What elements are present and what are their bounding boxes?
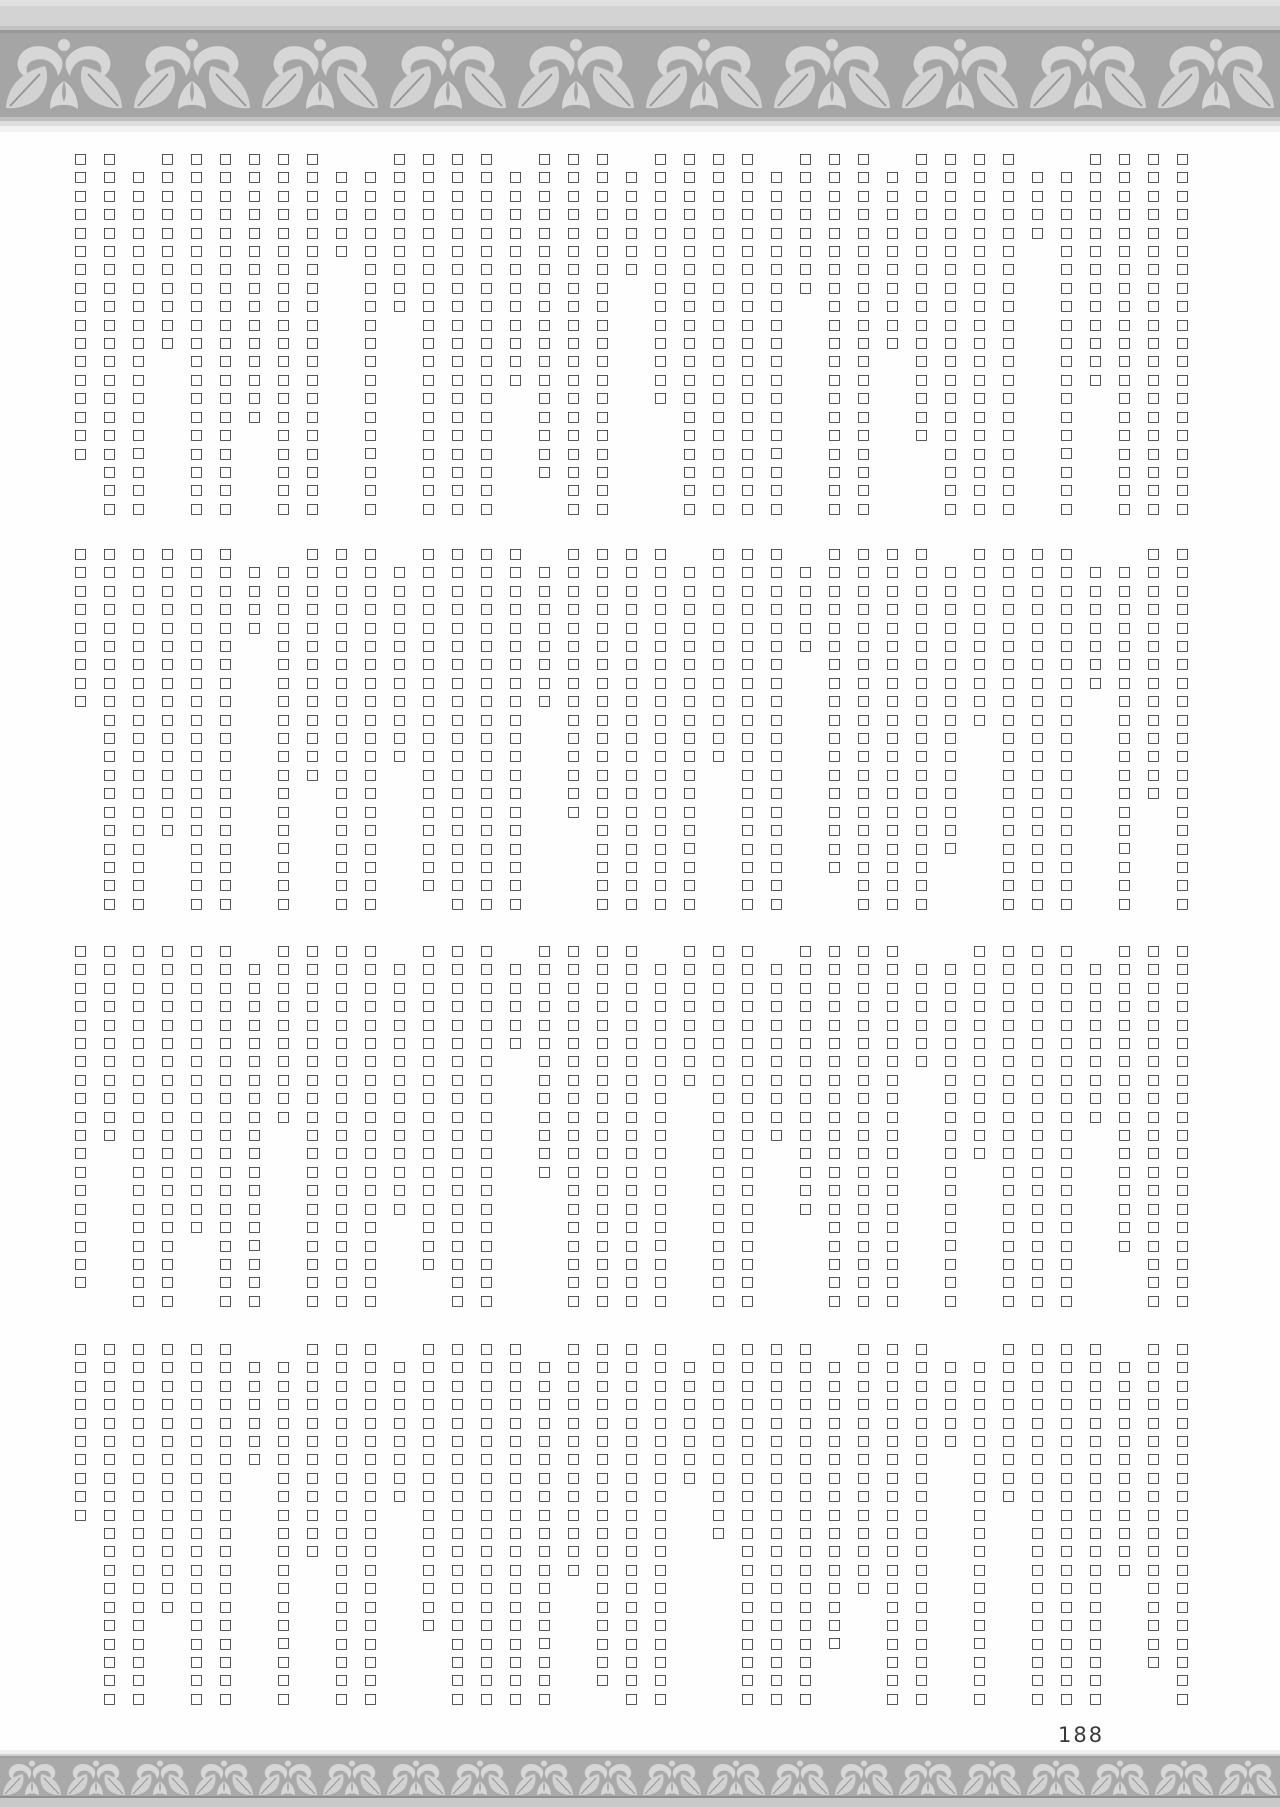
text-column-redacted: □□□□□□□□□□□□□□□□□□□□	[709, 150, 728, 518]
text-column-redacted: □□□□□□□□□□□□□□□□□□□	[245, 942, 264, 1310]
text-column-redacted: □□□□□□□□□□□□□□□□□□□	[274, 545, 293, 913]
text-column-redacted: □□□□□□□□□□□□□□□□□□	[419, 942, 438, 1310]
text-column-redacted: □□□□□□□□□□□□□□	[651, 150, 670, 518]
text-column-redacted: □□□□□□□□□□□□□□□□□□□	[970, 1340, 989, 1708]
text-column-redacted: □□□□□□□□□□□□□□□□□□□	[535, 1340, 554, 1708]
text-column-redacted: □□□□□□□□□□□□□□□□□□□□	[1173, 942, 1192, 1310]
text-column-redacted: □□□□□□□	[1086, 545, 1105, 913]
text-column-redacted: □□□□□□□□□□□□□□□□□□□□	[622, 942, 641, 1310]
text-band-1: □□□□□□□□□□□□□□□□□□□□□□□□□□□□□□□□□□□□□□□□…	[58, 150, 1192, 518]
text-column-redacted: □□□□□□□□□□□□□□□□□	[71, 150, 90, 518]
text-column-redacted: □□□□□□□□□□□	[158, 150, 177, 518]
text-column-redacted: □□□□□□□□□□□□□□□□□□□□	[622, 1340, 641, 1708]
text-column-redacted: □□□□□□□□□□□□□□□	[158, 1340, 177, 1708]
text-column-redacted: □□□□□□□□□□□□□□□□□□□	[651, 942, 670, 1310]
text-column-redacted: □□□□□□□□□□□□□□□□□	[1115, 942, 1134, 1310]
text-column-redacted: □□□□□□□□□□□□□□□□□□□	[419, 545, 438, 913]
text-column-redacted: □□□□□□□□□□□□□□□□□□□□	[129, 942, 148, 1310]
text-column-redacted: □□□□□□□□□□□□□□□□□□□□	[680, 150, 699, 518]
text-column-redacted: □□□□□□□□□□□□□□□□□□□	[767, 150, 786, 518]
text-column-redacted: □□□□□□□□□□	[71, 1340, 90, 1708]
text-column-redacted: □□□□□□□□□□□□□□□□□□□□	[999, 150, 1018, 518]
text-column-redacted: □□□□□□□□□□	[883, 150, 902, 518]
text-column-redacted: □□□□□□□□□	[390, 150, 409, 518]
text-column-redacted: □□□□□□□□□□□□□□□□□□□	[1115, 545, 1134, 913]
text-column-redacted: □□□□□□□□□□□□□□□	[564, 545, 583, 913]
text-column-redacted: □□□□□□□□□□□□□	[564, 1340, 583, 1708]
text-column-redacted: □□□□□□□□□□□	[100, 942, 119, 1310]
text-column-redacted: □□□□□□□□□□□□□□□□□□□□	[216, 150, 235, 518]
text-column-redacted: □□□□□□□□□□□□	[1115, 1340, 1134, 1708]
text-column-redacted: □□□□□□□□□□	[767, 942, 786, 1310]
text-column-redacted: □□□□□□□□□	[1086, 942, 1105, 1310]
text-column-redacted: □□□□□□□□□□□□□□□□□□□□	[100, 1340, 119, 1708]
text-column-redacted: □□□□□□□□□□□□□□□□	[912, 150, 931, 518]
text-column-redacted: □□□□□□□□□□□□□□□□□□□□	[448, 942, 467, 1310]
text-column-redacted: □□□□□□□□□□□□□□□□□□□□	[332, 1340, 351, 1708]
text-column-redacted: □□□□□□□□□□□□□□□□□□□□	[1173, 1340, 1192, 1708]
text-column-redacted: □□□□□□□□□□□□□□□□□□	[535, 150, 554, 518]
text-column-redacted: □□□□□□□□□□□□	[970, 942, 989, 1310]
text-column-redacted: □□□□□□□□□□□□□□□□□□□□	[1144, 150, 1163, 518]
text-column-redacted: □□□□□□	[245, 1340, 264, 1708]
text-column-redacted: □□□□□□□□□□□□□□	[390, 942, 409, 1310]
text-column-redacted: □□□□□□□□□□□□□□□□□□□□	[912, 1340, 931, 1708]
text-band-3: □□□□□□□□□□□□□□□□□□□□□□□□□□□□□□□□□□□□□□□□…	[58, 942, 1192, 1310]
text-column-redacted: □□□□□□□□□□□□□	[1086, 150, 1105, 518]
text-column-redacted: □□□□□□□□	[390, 1340, 409, 1708]
text-column-redacted: □□□□□□□□□□□□□□□□□□□□	[419, 150, 438, 518]
text-column-redacted: □□□□	[1028, 150, 1047, 518]
text-column-redacted: □□□□□□□□□□□□□□□□□□□	[941, 942, 960, 1310]
text-column-redacted: □□□□□□□□□□□□□□□□□□□□	[361, 545, 380, 913]
text-band-4: □□□□□□□□□□□□□□□□□□□□□□□□□□□□□□□□□□□□□□□□…	[58, 1340, 1192, 1708]
text-column-redacted: □□□□□□□□□□□□□□□□	[941, 545, 960, 913]
text-column-redacted: □□□□□□□□□□□□□	[303, 545, 322, 913]
text-column-redacted: □□□□□□□□□□□□□□□□□□□	[593, 1340, 612, 1708]
text-column-redacted: □□□□□□□□□□□□□□□□□□□□	[564, 942, 583, 1310]
text-column-redacted: □□□□□□□□□□□□□□□□□□□□	[825, 150, 844, 518]
text-column-redacted: □□□□□□□□□□□□	[709, 545, 728, 913]
text-column-redacted: □□□□□□□□□	[999, 1340, 1018, 1708]
text-column-redacted: □□□□□□□□□□□□□□□□□□□□	[1115, 150, 1134, 518]
text-column-redacted: □□□□□	[941, 1340, 960, 1708]
text-column-redacted: □□□□□□□□□□□□□□□□□□□□	[941, 150, 960, 518]
text-column-redacted: □□□□□□□□□□□□□□□□□□□□	[593, 545, 612, 913]
text-column-redacted: □□□□□□□□□□□□□□□□	[158, 545, 177, 913]
text-column-redacted: □□□□□□□□□□□□□□□□□□□□	[158, 942, 177, 1310]
text-column-redacted: □□□□□□□□□□□□□□□	[245, 150, 264, 518]
text-column-redacted: □□□□□□□□□□□□□□□□□□□□	[448, 150, 467, 518]
text-column-redacted: □□□□□□□□□□□□□□□□□□□□	[361, 942, 380, 1310]
bottom-ornament-border	[0, 1750, 1280, 1807]
text-column-redacted: □□□□□□□□□□	[274, 942, 293, 1310]
text-column-redacted: □□□□□□□□□□□□□□□□□□□□	[506, 545, 525, 913]
text-column-redacted: □□□□□□□□□□□□□□□□□□□□	[854, 150, 873, 518]
text-column-redacted: □□□□□□□□□□□□□□□□□□□□	[883, 942, 902, 1310]
text-column-redacted: □□□□□□□□□□□□□□□□□□□□	[1057, 942, 1076, 1310]
text-column-redacted: □□□□□□□□□□□□□□□□□□□□	[883, 545, 902, 913]
text-band-2: □□□□□□□□□□□□□□□□□□□□□□□□□□□□□□□□□□□□□□□□…	[58, 545, 1192, 913]
text-column-redacted: □□□□□□□□□□□	[709, 1340, 728, 1708]
text-column-redacted: □□□□□□□□□□□□	[506, 150, 525, 518]
text-column-redacted: □□□□□□□□□□□□□□□□□□□	[361, 150, 380, 518]
text-column-redacted: □□□□	[245, 545, 264, 913]
text-column-redacted: □□□□□□□□□□□□□□□□□□□□	[216, 1340, 235, 1708]
text-column-redacted: □□□□□□□□□□□□□□□□□□□□	[1028, 545, 1047, 913]
text-column-redacted: □□□□□□□□□□□□□□□□	[187, 942, 206, 1310]
top-ornament-border	[0, 0, 1280, 132]
text-column-redacted: □□□□□□□□□□□□□□□□□□□	[71, 942, 90, 1310]
text-column-redacted: □□□□□□□□□□□□□□□□□□□□	[506, 1340, 525, 1708]
text-column-redacted: □□□□□□□□□□□□□□□□□□□	[129, 150, 148, 518]
text-column-redacted: □□□□□□□□□□□□□□□□□□□□	[187, 545, 206, 913]
text-column-redacted: □□□□□□□□□□□□□□□□□□□□	[216, 942, 235, 1310]
text-column-redacted: □□□□□□□□□□□□□□□□□□□□	[593, 150, 612, 518]
text-column-redacted: □□□□□□□□□□□□□□□□□□	[1144, 1340, 1163, 1708]
text-column-redacted: □□□□□□□□□□□□□□□□□□□□	[1057, 545, 1076, 913]
text-column-redacted: □□□□□□□□□□□□□□□□□□□□	[738, 150, 757, 518]
text-column-redacted: □□□□□□□□□□□□□□□□□□□□	[854, 545, 873, 913]
text-column-redacted: □□□□□□□□□□	[970, 545, 989, 913]
text-column-redacted: □□□□□	[332, 150, 351, 518]
text-column-redacted: □□□□□□□□□□□□□□□□□□□□	[738, 1340, 757, 1708]
scanned-book-page: □□□□□□□□□□□□□□□□□□□□□□□□□□□□□□□□□□□□□□□□…	[0, 0, 1280, 1807]
text-column-redacted: □□□□□□□□□□□□□□□□□□□□	[477, 150, 496, 518]
text-column-redacted: □□□□□□□□□□□□□□□□□□□□	[883, 1340, 902, 1708]
text-column-redacted: □□□□□□□□□□□□□□□□□□□□	[448, 1340, 467, 1708]
text-column-redacted: □□□□□□□□□□□□□□□□□□□	[274, 1340, 293, 1708]
text-column-redacted: □□□□□□□□□□□□□□□□□□□□	[651, 1340, 670, 1708]
text-column-redacted: □□□□□□□□□□□□□□□□□□□□	[593, 942, 612, 1310]
text-column-redacted: □□□□□□□□□□□	[390, 545, 409, 913]
text-column-redacted: □□□□□□□□	[680, 942, 699, 1310]
text-column-redacted: □□□□□□□□□□□□□□□□□□□□	[303, 150, 322, 518]
text-column-redacted: □□□□□□□□□□□□□□□□□□□	[1057, 150, 1076, 518]
text-column-redacted: □□□□□□□□□□□□□□□□□□□□	[448, 545, 467, 913]
text-column-redacted: □□□□□□□□□□□□□□□□□□□□	[477, 942, 496, 1310]
text-column-redacted: □□□□□□□□□□□□□□□□□□□□	[477, 545, 496, 913]
text-column-redacted: □□□□□□□□□□□□□□□□□□□□	[100, 545, 119, 913]
text-column-redacted: □□□□□□□□□□□□□□□□□□□□	[709, 942, 728, 1310]
text-column-redacted: □□□□□□□□□□□□□□□□□□□□	[796, 1340, 815, 1708]
text-column-redacted: □□□□□□□□□□□□□□□	[796, 942, 815, 1310]
text-column-redacted: □□□□□□□□□□□□□□□□□□□□	[477, 1340, 496, 1708]
text-column-redacted: □□□□□□□□□□□□□□□□□□□□	[187, 150, 206, 518]
text-column-redacted: □□□□□□□□□□□□□□□□□□□□	[332, 942, 351, 1310]
page-number: 188	[1058, 1723, 1104, 1747]
text-column-redacted: □□□□□□□□□□□□□□□□□□□□	[1173, 150, 1192, 518]
text-column-redacted: □□□□□□□□□□□□□□□□□□□□	[1144, 942, 1163, 1310]
text-column-redacted: □□□□□□□	[680, 1340, 699, 1708]
text-column-redacted: □□□□□□□□□□□□□□□□□□□□	[1086, 1340, 1105, 1708]
text-column-redacted: □□□□□□□□	[796, 150, 815, 518]
text-column-redacted: □□□□□□□□□□□□□□□□□□□□	[332, 545, 351, 913]
text-column-redacted: □□□□□□□□□□□□□□□□	[419, 1340, 438, 1708]
text-column-redacted: □□□□□□□□□□□□□□	[854, 1340, 873, 1708]
text-column-redacted: □□□□□□□□□□□□□□□□□□□□	[361, 1340, 380, 1708]
text-column-redacted: □□□□□□	[912, 942, 931, 1310]
text-column-redacted: □□□□□	[506, 942, 525, 1310]
text-column-redacted: □□□□□□□□□□□□□□□□□□□□	[738, 545, 757, 913]
text-column-redacted: □□□□□□□□□□□□□□	[1144, 545, 1163, 913]
text-column-redacted: □□□□□□□□□	[71, 545, 90, 913]
text-column-redacted: □□□□□□□□□□□□	[303, 1340, 322, 1708]
text-column-redacted: □□□□□□□□□□□□□□□□□□□□	[100, 150, 119, 518]
text-column-redacted: □□□□□□□□□□□□□□□□□□□□	[622, 545, 641, 913]
text-column-redacted: □□□□□□□□□□□□□□□□□□□□	[1173, 545, 1192, 913]
text-column-redacted: □□□□□□□□□□□□□□□□□□□□	[825, 942, 844, 1310]
text-column-redacted: □□□□□□□□□□□□□□□□□□□□	[564, 150, 583, 518]
text-column-redacted: □□□□□□□□□□□□□	[535, 942, 554, 1310]
text-column-redacted: □□□□□□□□□□□□□□□□□□□□	[216, 545, 235, 913]
text-column-redacted: □□□□□	[796, 545, 815, 913]
text-column-redacted: □□□□□□□□	[535, 545, 554, 913]
text-column-redacted: □□□□□□□□□□□□□□□□□□□□	[651, 545, 670, 913]
text-column-redacted: □□□□□□□□□□□□□□□□□□□□	[1028, 942, 1047, 1310]
text-column-redacted: □□□□□□□□□□□□□□□□□□□□	[303, 942, 322, 1310]
text-column-redacted: □□□□□□□□□□□□□□□□□□□□	[738, 942, 757, 1310]
text-column-redacted: □□□□□□□□□□□□□□□□□□□□	[912, 545, 931, 913]
text-column-redacted: □□□□□□□□□□□□□□□□□□□□	[970, 150, 989, 518]
text-column-redacted: □□□□□□□□□□□□□□□□□□□□	[854, 942, 873, 1310]
text-column-redacted: □□□□□□□□□□□□□□□□□□□□	[129, 545, 148, 913]
text-column-redacted: □□□□□□□□□□□□□□□□□□□□	[1028, 1340, 1047, 1708]
text-column-redacted: □□□□□□□□□□□□□□□□	[825, 1340, 844, 1708]
text-column-redacted: □□□□□□□□□□□□□□□□□□□□	[767, 545, 786, 913]
text-column-redacted: □□□□□□□□□□□□□□□□□□□□	[187, 1340, 206, 1708]
text-column-redacted: □□□□□□□□□□□□□□□□□□□□	[129, 1340, 148, 1708]
text-column-redacted: □□□□□□	[622, 150, 641, 518]
text-column-redacted: □□□□□□□□□□□□□□□□□□□	[680, 545, 699, 913]
text-column-redacted: □□□□□□□□□□□□□□□□□□□□	[999, 942, 1018, 1310]
text-column-redacted: □□□□□□□□□□□□□□□□□□	[825, 545, 844, 913]
text-column-redacted: □□□□□□□□□□□□□□□□□□□□	[999, 545, 1018, 913]
text-column-redacted: □□□□□□□□□□□□□□□□□□□□	[274, 150, 293, 518]
text-column-redacted: □□□□□□□□□□□□□□□□□□□□	[1057, 1340, 1076, 1708]
text-column-redacted: □□□□□□□□□□□□□□□□□□□□	[767, 1340, 786, 1708]
